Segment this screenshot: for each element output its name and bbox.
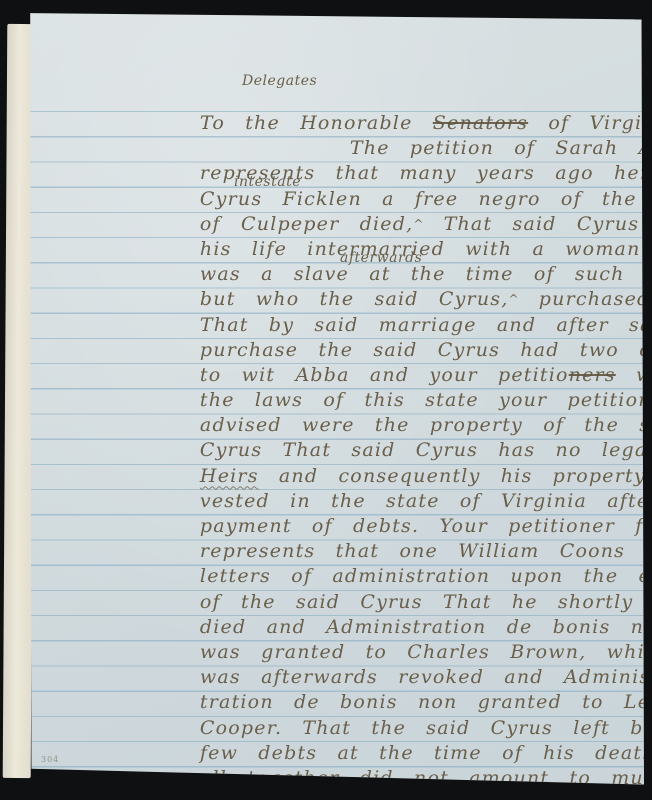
handwritten-line: Cyrus That said Cyrus has no legal: [38, 413, 640, 438]
handwritten-line: was afterwards revoked and Adminis: [38, 640, 640, 665]
handwritten-line: payment of debts. Your petitioner furthe…: [38, 489, 640, 514]
handwritten-line-with-insert: but who the said Cyrus,^ purchased after…: [38, 262, 640, 287]
handwritten-line: represents that many years ago her fathe…: [38, 136, 640, 161]
handwritten-line: of the said Cyrus That he shortly afterw…: [38, 565, 640, 590]
handwritten-line: was granted to Charles Brown, which: [38, 615, 640, 640]
handwritten-line: represents that one William Coons obtain…: [38, 514, 640, 539]
handwritten-line: was a slave at the time of such marriage: [38, 237, 640, 262]
handwritten-line-with-insert: of Culpeper died,^ That said Cyrus durin…: [38, 187, 640, 212]
line-text: all together did not amount to much: [200, 767, 652, 789]
manuscript-page: To the Honorable Senators of Virginia De…: [24, 6, 644, 794]
handwritten-line: Cooper. That the said Cyrus left but: [38, 691, 640, 716]
handwritten-line: vested in the state of Virginia after th…: [38, 464, 640, 489]
handwritten-line: few debts at the time of his death which: [38, 716, 640, 741]
handwritten-line: purchase the said Cyrus had two children: [38, 313, 640, 338]
handwritten-line: letters of administration upon the estat…: [38, 539, 640, 564]
handwritten-line-with-correction: to wit Abba and your petitioners who und…: [38, 338, 640, 363]
handwritten-line: Cyrus Ficklen a free negro of the County: [38, 162, 640, 187]
handwriting-block: To the Honorable Senators of Virginia De…: [38, 86, 640, 766]
photograph-background: To the Honorable Senators of Virginia De…: [0, 0, 652, 800]
handwritten-line: The petition of Sarah Ann: [38, 111, 640, 136]
handwritten-line: the laws of this state your petitioner i…: [38, 363, 640, 388]
handwritten-line: all together did not amount to much: [38, 741, 640, 766]
inserted-word-intestate: intestate: [234, 170, 301, 195]
handwritten-line: advised were the property of the said: [38, 388, 640, 413]
marginal-pencil-mark: 304: [41, 755, 59, 764]
handwritten-line: died and Administration de bonis non: [38, 590, 640, 615]
inserted-word-afterwards: afterwards: [340, 246, 422, 271]
inserted-word-delegates: Delegates: [242, 69, 317, 94]
handwritten-line-heirs: Heirs and consequently his property is: [38, 439, 640, 464]
handwritten-line: That by said marriage and after said: [38, 288, 640, 313]
handwritten-line: his life intermarried with a woman who: [38, 212, 640, 237]
handwritten-line-salutation: To the Honorable Senators of Virginia De…: [38, 86, 640, 111]
handwritten-line: tration de bonis non granted to Leroy: [38, 665, 640, 690]
